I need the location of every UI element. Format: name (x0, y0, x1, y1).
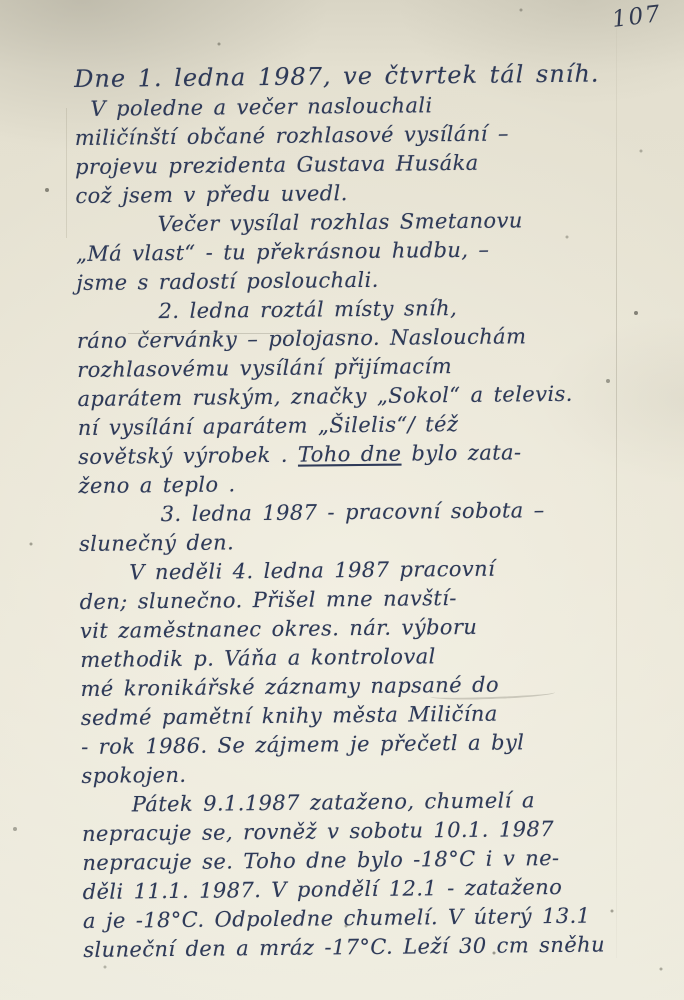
phrase: bylo zata- (401, 440, 521, 465)
manuscript-line: aparátem ruským, značky „Sokol“ a televi… (77, 379, 629, 414)
paper-crease-line (66, 108, 67, 238)
page-number: 107 (611, 1, 664, 33)
phrase: sovětský výrobek . (78, 443, 298, 469)
manuscript-text: Dne 1. ledna 1987, ve čtvrtek tál sníh.V… (74, 58, 635, 965)
pencil-mark (128, 333, 363, 334)
underlined-phrase: Toho dne (298, 442, 402, 467)
paper-crease-line (616, 28, 617, 958)
manuscript-line: sluneční den a mráz -17°C. Leží 30 cm sn… (83, 930, 635, 965)
paper-speck-group (0, 0, 2, 2)
manuscript-line: Dne 1. ledna 1987, ve čtvrtek tál sníh. (74, 58, 626, 95)
